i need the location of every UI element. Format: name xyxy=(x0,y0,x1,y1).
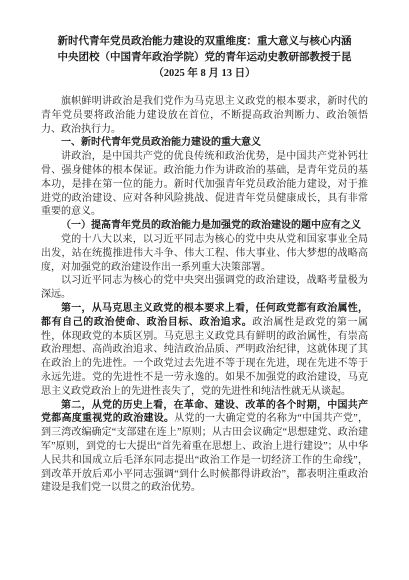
paragraph-18th-congress: 党的十八大以来，以习近平同志为核心的党中央从党和国家事业全局出发，站在统揽推进伟… xyxy=(41,233,368,274)
heading-section-one: 一、新时代青年党员政治能力建设的重大意义 xyxy=(41,136,368,150)
heading-subsection-one: （一）提高青年党员的政治能力是加强党的政治建设的题中应有之义 xyxy=(41,219,368,233)
document-title-block: 新时代青年党员政治能力建设的双重维度：重大意义与核心内涵 中央团校（中国青年政治… xyxy=(41,34,368,82)
document-date: （2025 年 8 月 13 日） xyxy=(41,66,368,82)
paragraph-point-two: 第二，从党的历史上看，在革命、建设、改革的各个时期，中国共产党都高度重视党的政治… xyxy=(41,399,368,496)
paragraph-point-one-text: 政治属性是政党的第一属性，体现政党的本质区别。马克思主义政党具有鲜明的政治属性，… xyxy=(41,317,368,397)
document-body: 旗帜鲜明讲政治是我们党作为马克思主义政党的根本要求，新时代的青年党员要将政治能力… xyxy=(41,95,368,495)
document-title-line-2: 中央团校（中国青年政治学院）党的青年运动史教研部教授于昆 xyxy=(41,50,368,66)
paragraph-section-one-intro: 讲政治，是中国共产党的优良传统和政治优势，是中国共产党补钙壮骨、强身健体的根本保… xyxy=(41,150,368,219)
paragraph-point-two-text: 从党的一大确定党的名称为“中国共产党”，到三湾改编确定“支部建在连上”原则；从古… xyxy=(41,413,368,493)
paragraph-point-one: 第一，从马克思主义政党的根本要求上看，任何政党都有政治属性，都有自己的政治使命、… xyxy=(41,302,368,399)
document-title-line-1: 新时代青年党员政治能力建设的双重维度：重大意义与核心内涵 xyxy=(41,34,368,50)
paragraph-intro: 旗帜鲜明讲政治是我们党作为马克思主义政党的根本要求，新时代的青年党员要将政治能力… xyxy=(41,95,368,136)
paragraph-strategic-consideration: 以习近平同志为核心的党中央突出强调党的政治建设，战略考量极为深远。 xyxy=(41,274,368,302)
document-page: 新时代青年党员政治能力建设的双重维度：重大意义与核心内涵 中央团校（中国青年政治… xyxy=(0,0,409,580)
